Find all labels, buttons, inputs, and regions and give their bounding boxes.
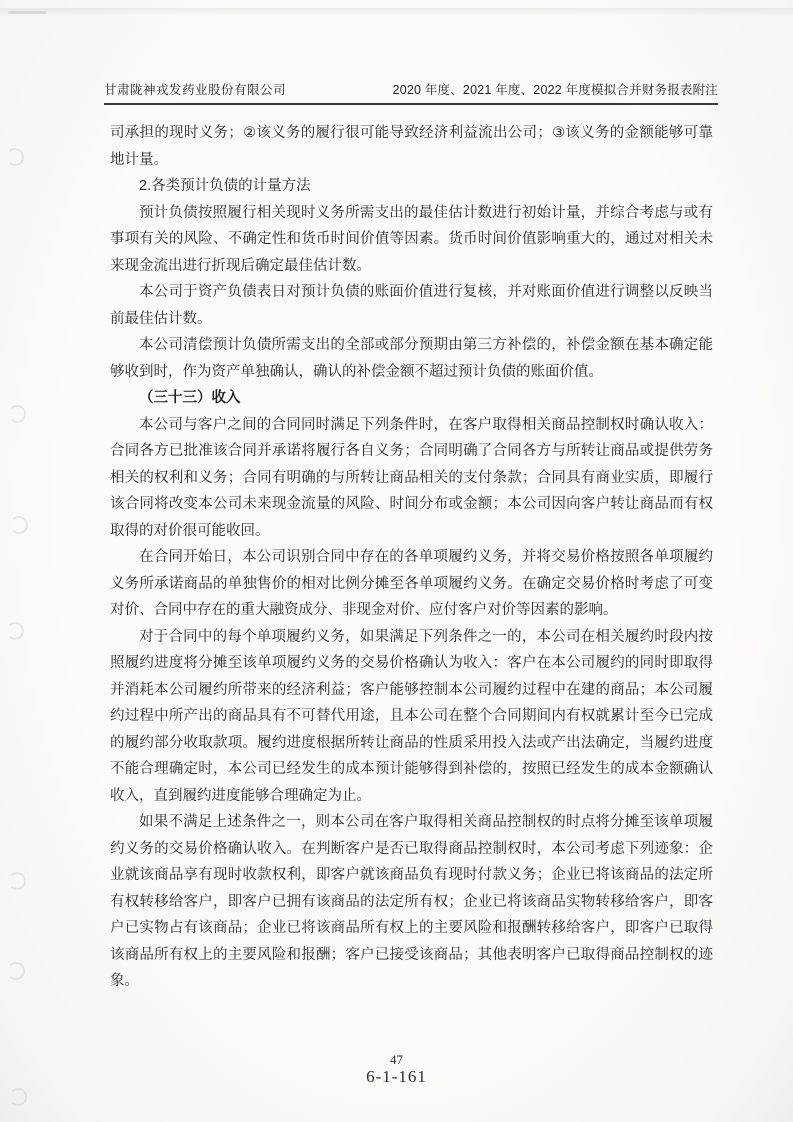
scan-artifact-top-band: [0, 8, 793, 16]
paragraph: 本公司清偿预计负债所需支出的全部或部分预期由第三方补偿的，补偿金额在基本确定能够…: [110, 332, 713, 385]
report-title: 2020 年度、2021 年度、2022 年度模拟合并财务报表附注: [393, 80, 718, 98]
paragraph: 本公司与客户之间的合同同时满足下列条件时，在客户取得相关商品控制权时确认收入：合…: [110, 412, 713, 545]
scan-artifact: [8, 872, 26, 890]
document-page: 甘肃陇神戎发药业股份有限公司 2020 年度、2021 年度、2022 年度模拟…: [0, 0, 793, 1122]
scan-artifact: [9, 1088, 27, 1106]
scan-artifact: [6, 148, 24, 166]
scan-artifact: [7, 962, 25, 980]
paragraph: 预计负债按照履行相关现时义务所需支出的最佳估计数进行初始计量，并综合考虑与或有事…: [110, 200, 713, 280]
paragraph-continuation: 司承担的现时义务；②该义务的履行很可能导致经济利益流出公司；③该义务的金额能够可…: [110, 120, 713, 173]
scan-artifact-smudge: [8, 11, 46, 14]
paragraph: 对于合同中的每个单项履约义务，如果满足下列条件之一的，本公司在相关履约时段内按照…: [110, 624, 713, 810]
paragraph: 如果不满足上述条件之一，则本公司在客户取得相关商品控制权的时点将分摊至该单项履约…: [110, 809, 713, 995]
document-body: 司承担的现时义务；②该义务的履行很可能导致经济利益流出公司；③该义务的金额能够可…: [110, 120, 713, 995]
section-heading: （三十三）收入: [110, 385, 713, 412]
paragraph: 本公司于资产负债表日对预计负债的账面价值进行复核，并对账面价值进行调整以反映当前…: [110, 279, 713, 332]
paragraph: 在合同开始日，本公司识别合同中存在的各单项履约义务，并将交易价格按照各单项履约义…: [110, 544, 713, 624]
company-name: 甘肃陇神戎发药业股份有限公司: [104, 80, 286, 98]
scan-artifact: [10, 516, 28, 534]
page-number: 47: [0, 1052, 793, 1067]
page-footer: 47 6-1-161: [0, 1052, 793, 1087]
scan-artifact: [6, 622, 24, 640]
page-header: 甘肃陇神戎发药业股份有限公司 2020 年度、2021 年度、2022 年度模拟…: [104, 80, 718, 105]
scan-artifact: [8, 405, 26, 423]
paragraph-subheading: 2.各类预计负债的计量方法: [110, 173, 713, 200]
document-number: 6-1-161: [0, 1067, 793, 1087]
